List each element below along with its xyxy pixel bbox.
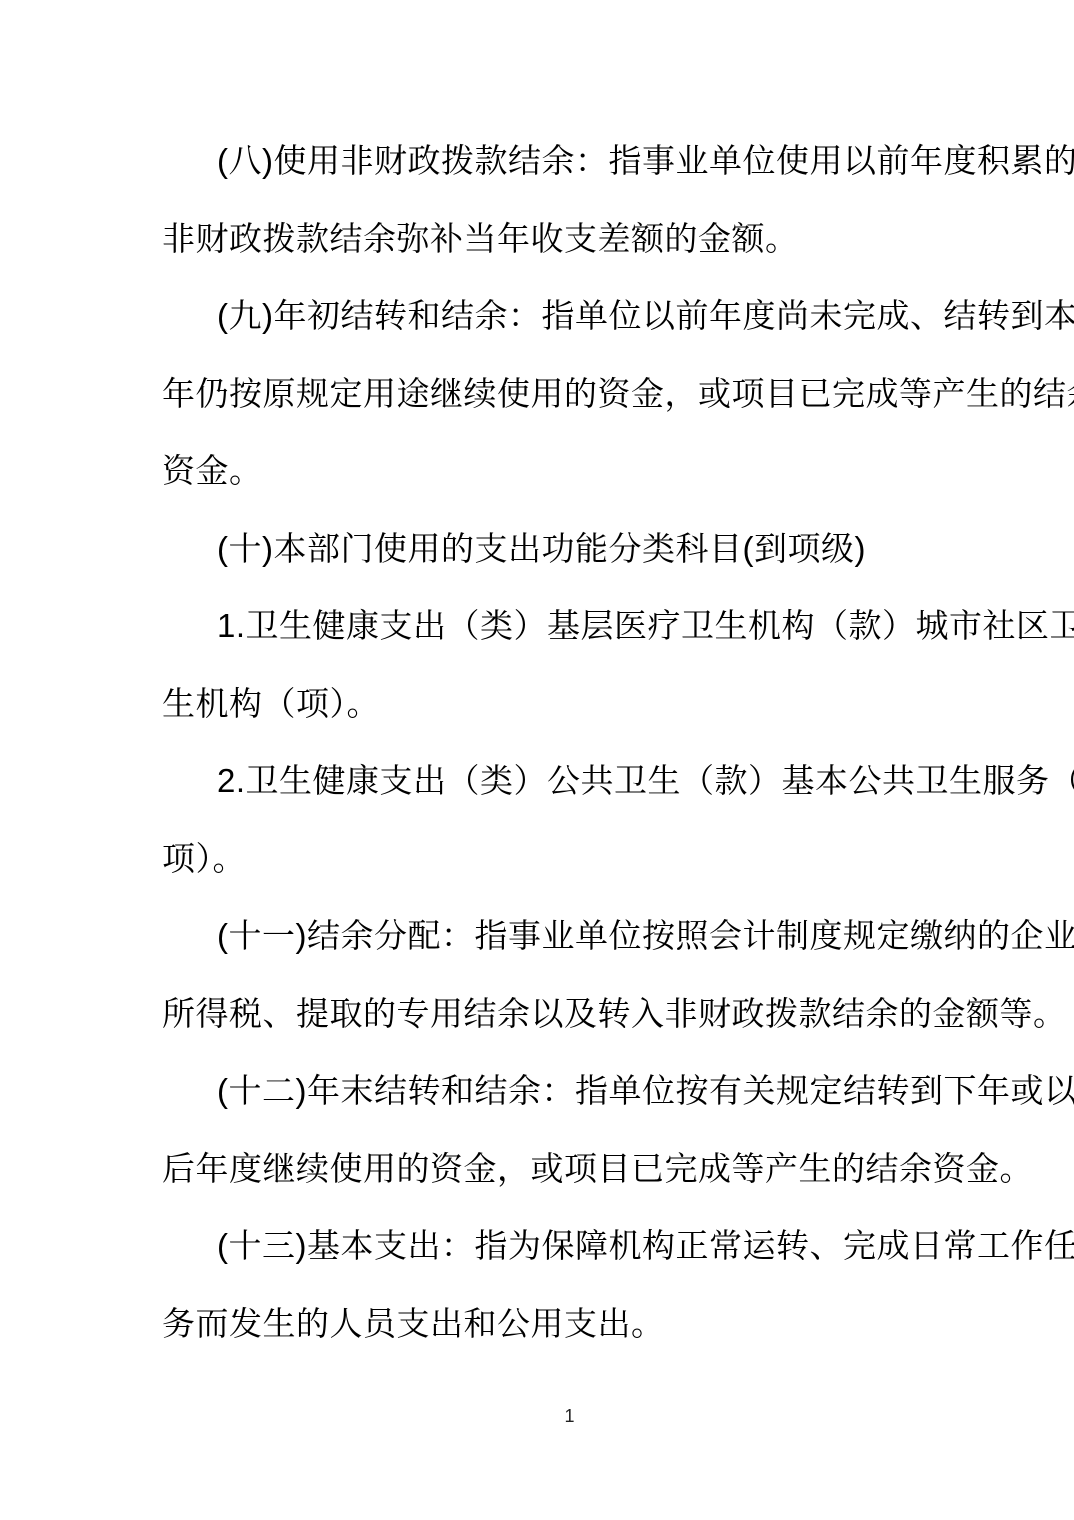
text-line: (九)年初结转和结余：指单位以前年度尚未完成、结转到本 [162, 277, 977, 355]
text-line: (十二)年末结转和结余：指单位按有关规定结转到下年或以 [162, 1052, 977, 1130]
text-line: 1.卫生健康支出（类）基层医疗卫生机构（款）城市社区卫 [162, 587, 977, 665]
paragraph: (十二)年末结转和结余：指单位按有关规定结转到下年或以后年度继续使用的资金，或项… [162, 1052, 977, 1207]
document-page: (八)使用非财政拨款结余：指事业单位使用以前年度积累的非财政拨款结余弥补当年收支… [0, 0, 1074, 1520]
text-line: 年仍按原规定用途继续使用的资金，或项目已完成等产生的结余 [162, 355, 977, 433]
text-line: (十一)结余分配：指事业单位按照会计制度规定缴纳的企业 [162, 897, 977, 975]
text-line: 生机构（项）。 [162, 665, 977, 743]
text-line: 所得税、提取的专用结余以及转入非财政拨款结余的金额等。 [162, 975, 977, 1053]
text-line: 后年度继续使用的资金，或项目已完成等产生的结余资金。 [162, 1130, 977, 1208]
paragraph: (十)本部门使用的支出功能分类科目(到项级) [162, 510, 977, 588]
paragraph: (十三)基本支出：指为保障机构正常运转、完成日常工作任务而发生的人员支出和公用支… [162, 1207, 977, 1362]
text-line: 资金。 [162, 432, 977, 510]
paragraph: 1.卫生健康支出（类）基层医疗卫生机构（款）城市社区卫生机构（项）。 [162, 587, 977, 742]
text-line: (十)本部门使用的支出功能分类科目(到项级) [162, 510, 977, 588]
text-line: 2.卫生健康支出（类）公共卫生（款）基本公共卫生服务（ [162, 742, 977, 820]
paragraph: (十一)结余分配：指事业单位按照会计制度规定缴纳的企业所得税、提取的专用结余以及… [162, 897, 977, 1052]
paragraph: 2.卫生健康支出（类）公共卫生（款）基本公共卫生服务（项）。 [162, 742, 977, 897]
text-line: (十三)基本支出：指为保障机构正常运转、完成日常工作任 [162, 1207, 977, 1285]
document-body: (八)使用非财政拨款结余：指事业单位使用以前年度积累的非财政拨款结余弥补当年收支… [162, 122, 977, 1362]
paragraph: (九)年初结转和结余：指单位以前年度尚未完成、结转到本年仍按原规定用途继续使用的… [162, 277, 977, 510]
text-line: (八)使用非财政拨款结余：指事业单位使用以前年度积累的 [162, 122, 977, 200]
text-line: 项）。 [162, 820, 977, 898]
page-number: 1 [162, 1404, 977, 1428]
paragraph: (八)使用非财政拨款结余：指事业单位使用以前年度积累的非财政拨款结余弥补当年收支… [162, 122, 977, 277]
text-line: 务而发生的人员支出和公用支出。 [162, 1285, 977, 1363]
text-line: 非财政拨款结余弥补当年收支差额的金额。 [162, 200, 977, 278]
